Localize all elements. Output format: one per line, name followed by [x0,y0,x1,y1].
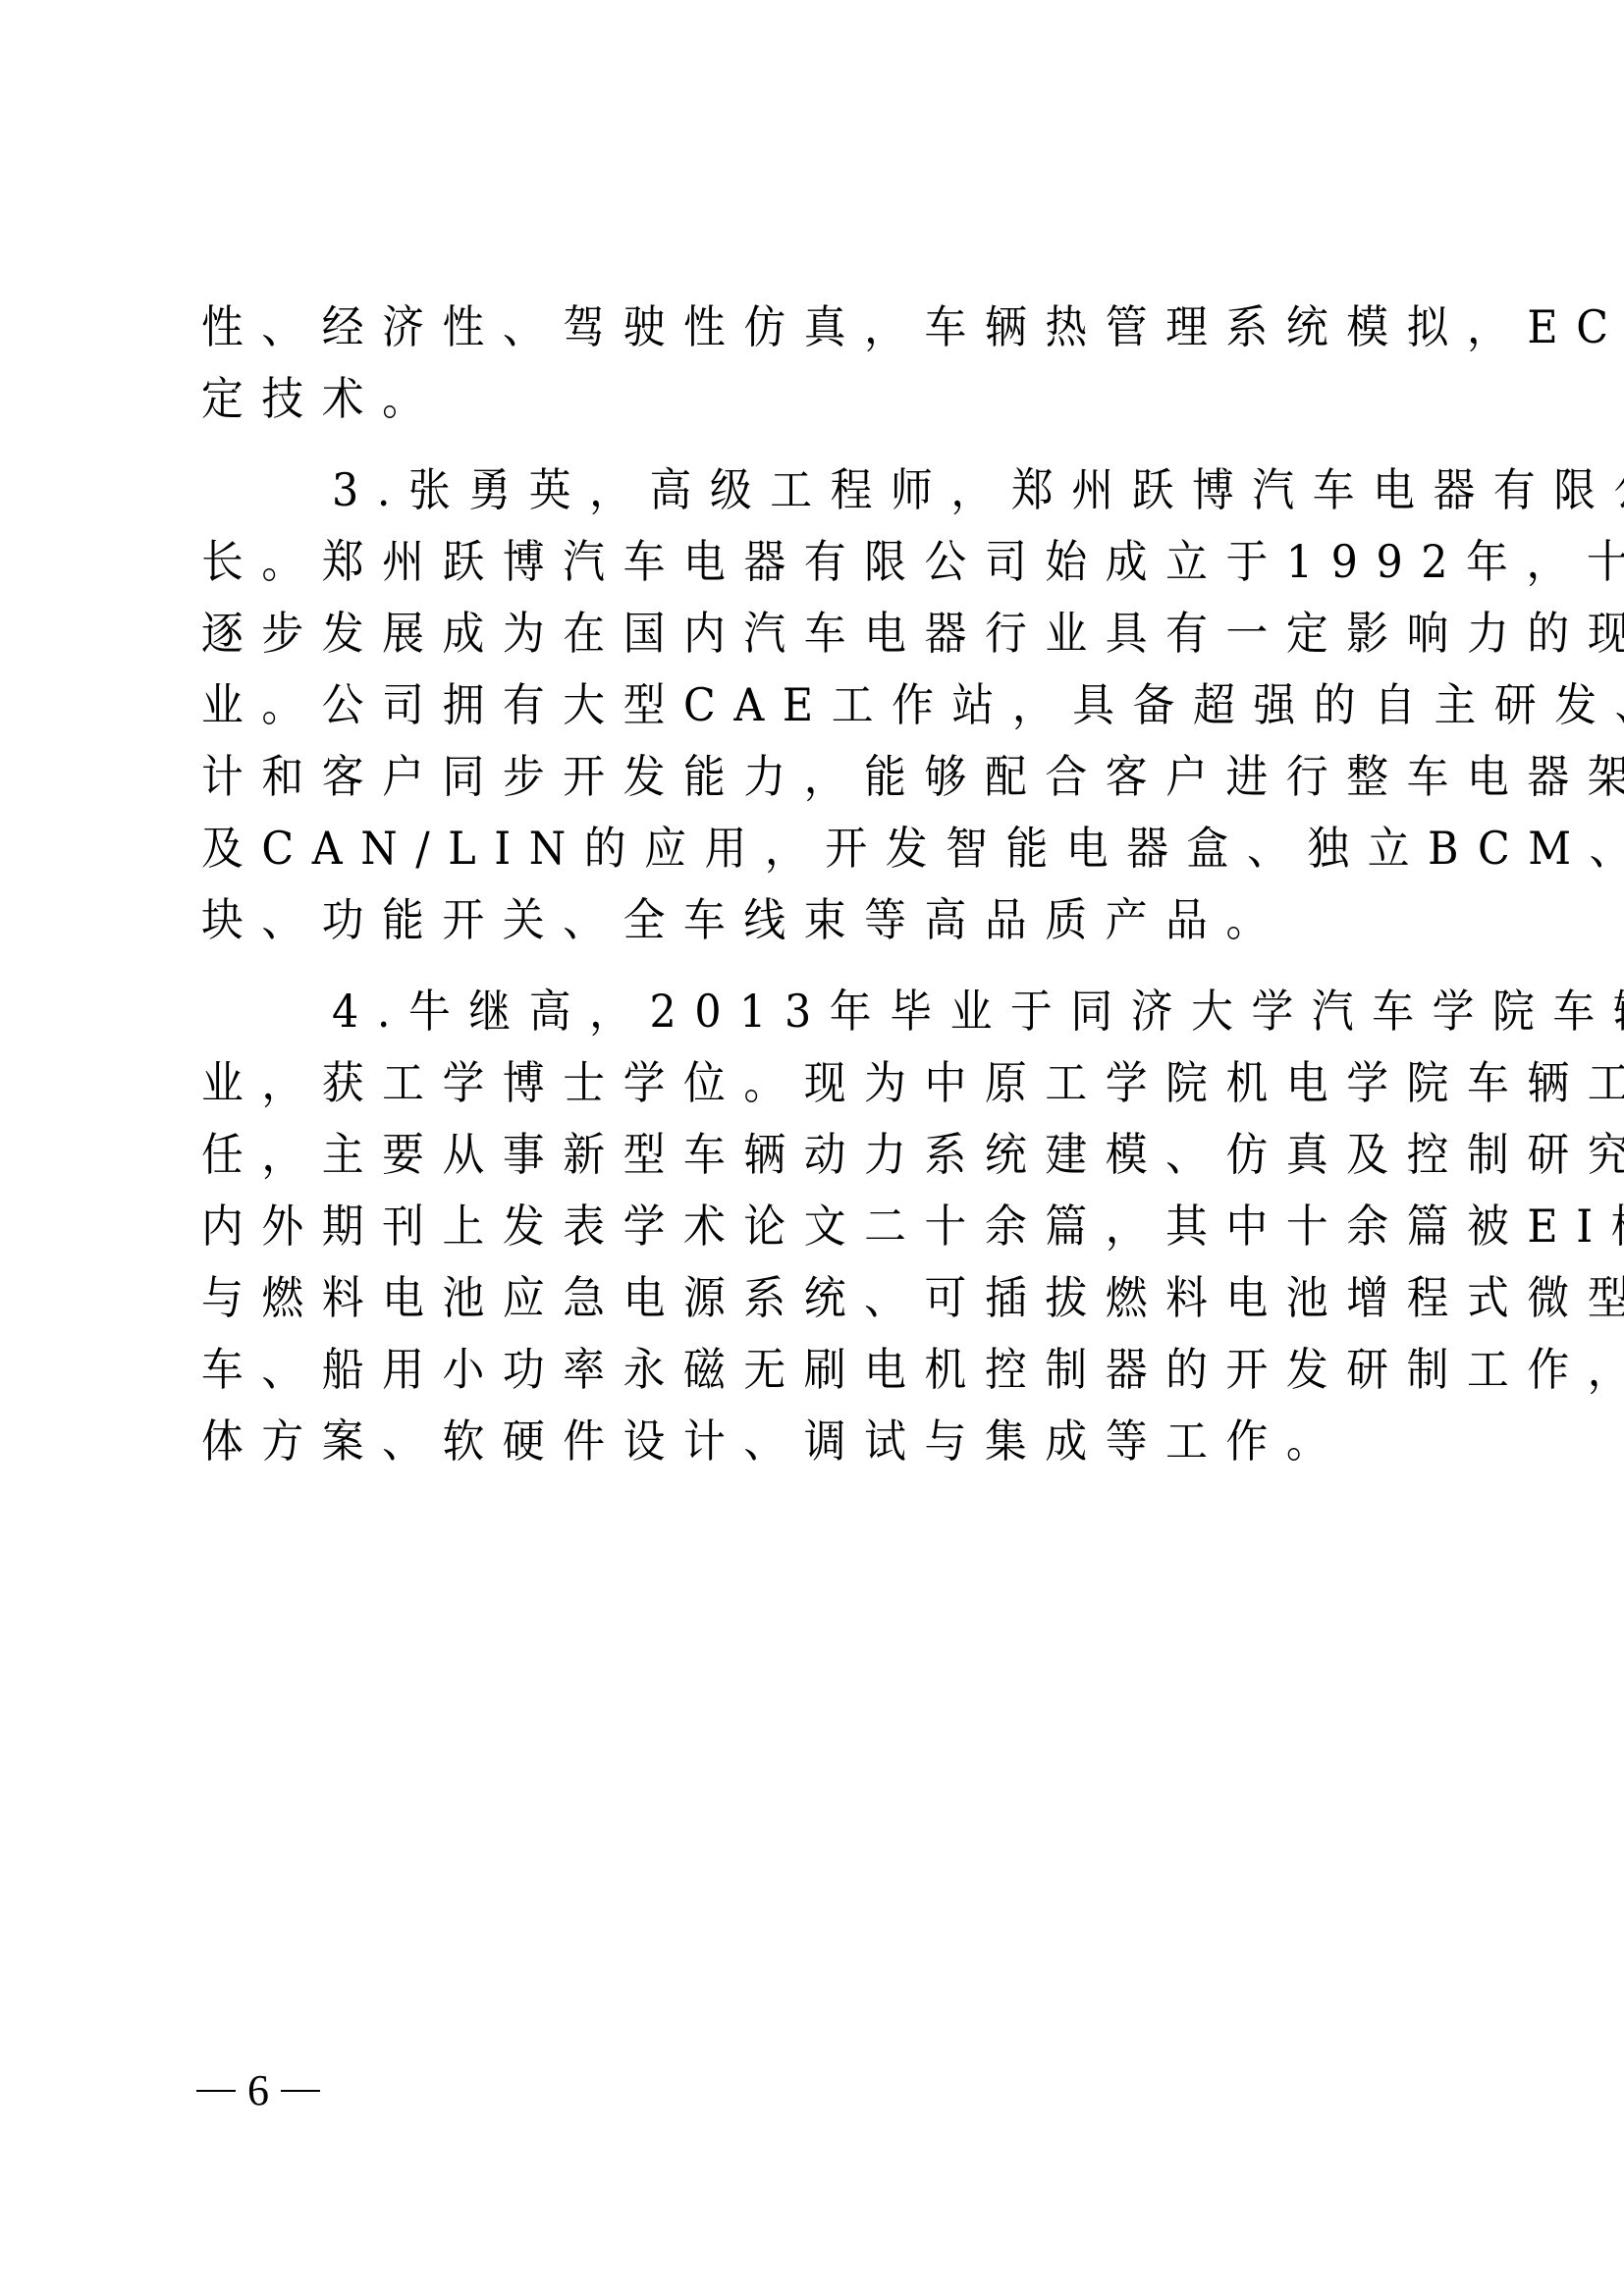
page-number-value: 6 [247,2061,269,2120]
page-number: 6 [196,2061,320,2120]
text-line: 块、功能开关、全车线束等高品质产品。 [201,884,1316,956]
text-line: 定技术。 [201,363,1316,435]
text-line: 逐步发展成为在国内汽车电器行业具有一定影响力的现代化企 [201,598,1316,669]
dash-left [196,2090,236,2092]
text-line: 与燃料电池应急电源系统、可插拔燃料电池增程式微型电动样 [201,1262,1316,1334]
document-page: 性、经济性、驾驶性仿真，车辆热管理系统模拟，ECU虚拟标 定技术。 3.张勇英，… [0,0,1624,2296]
text-line: 业。公司拥有大型CAE工作站，具备超强的自主研发、并行设 [201,669,1316,741]
text-line: 车、船用小功率永磁无刷电机控制器的开发研制工作，负责总 [201,1334,1316,1406]
text-line: 体方案、软硬件设计、调试与集成等工作。 [201,1406,1316,1477]
text-line: 计和客户同步开发能力，能够配合客户进行整车电器架构设计 [201,741,1316,813]
text-line: 内外期刊上发表学术论文二十余篇，其中十余篇被EI检索。参 [201,1191,1316,1262]
paragraph-start-line: 3.张勇英，高级工程师，郑州跃博汽车电器有限公司董事 [332,454,1446,526]
dash-right [281,2090,320,2092]
paragraph-start-line: 4.牛继高，2013年毕业于同济大学汽车学院车辆工程专 [332,976,1446,1047]
text-line: 及CAN/LIN的应用，开发智能电器盒、独立BCM、系统控制模 [201,813,1316,884]
text-line: 业，获工学博士学位。现为中原工学院机电学院车辆工程系主 [201,1047,1316,1119]
text-line: 长。郑州跃博汽车电器有限公司始成立于1992年，十余年来， [201,526,1316,598]
text-line: 性、经济性、驾驶性仿真，车辆热管理系统模拟，ECU虚拟标 [201,292,1316,363]
text-line: 任，主要从事新型车辆动力系统建模、仿真及控制研究。在国 [201,1119,1316,1191]
